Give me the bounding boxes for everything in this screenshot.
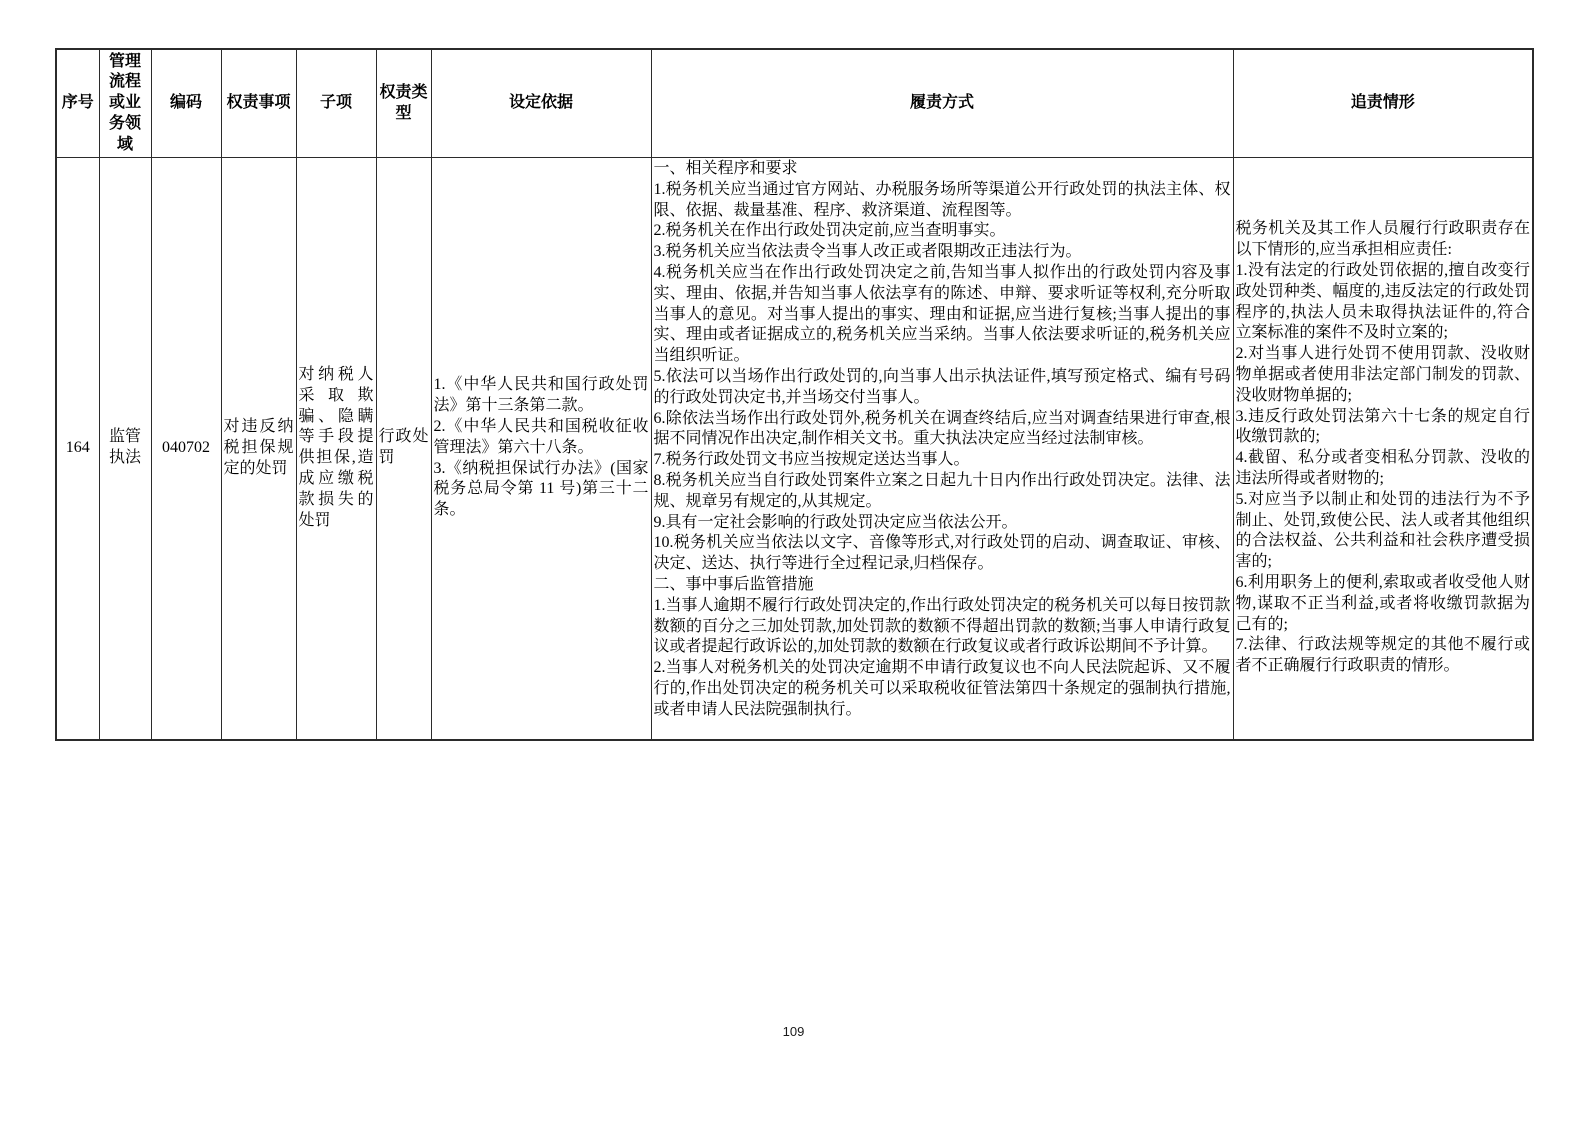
- cell-accountability-situations: 税务机关及其工作人员履行行政职责存在以下情形的,应当承担相应责任:1.没有法定的…: [1233, 158, 1533, 740]
- paragraph: 2.对当事人进行处罚不使用罚款、没收财物单据或者使用非法定部门制发的罚款、没收财…: [1236, 344, 1531, 406]
- paragraph: 3.税务机关应当依法责令当事人改正或者限期改正违法行为。: [654, 242, 1231, 263]
- paragraph: 4.截留、私分或者变相私分罚款、没收的违法所得或者财物的;: [1236, 448, 1531, 490]
- paragraph: 5.对应当予以制止和处罚的违法行为不予制止、处罚,致使公民、法人或者其他组织的合…: [1236, 490, 1531, 573]
- paragraph: 4.税务机关应当在作出行政处罚决定之前,告知当事人拟作出的行政处罚内容及事实、理…: [654, 263, 1231, 367]
- cell-sub-item: 对纳税人采取欺骗、隐瞒等手段提供担保,造成应缴税款损失的处罚: [296, 158, 376, 740]
- paragraph: 1.税务机关应当通过官方网站、办税服务场所等渠道公开行政处罚的执法主体、权限、依…: [654, 180, 1231, 222]
- paragraph: 1.没有法定的行政处罚依据的,擅自改变行政处罚种类、幅度的,违反法定的行政处罚程…: [1236, 261, 1531, 344]
- col-header-domain: 管理流程或业务领域: [99, 49, 151, 158]
- paragraph: 7.法律、行政法规等规定的其他不履行或者不正确履行行政职责的情形。: [1236, 635, 1531, 677]
- paragraph: 2.当事人对税务机关的处罚决定逾期不申请行政复议也不向人民法院起诉、又不履行的,…: [654, 658, 1231, 720]
- header-row: 序号 管理流程或业务领域 编码 权责事项 子项 权责类型 设定依据 履责方式 追…: [56, 49, 1533, 158]
- col-header-basis: 设定依据: [431, 49, 651, 158]
- paragraph: 6.利用职务上的便利,索取或者收受他人财物,谋取不正当利益,或者将收缴罚款据为己…: [1236, 573, 1531, 635]
- paragraph: 6.除依法当场作出行政处罚外,税务机关在调查终结后,应当对调查结果进行审查,根据…: [654, 409, 1231, 451]
- paragraph: 9.具有一定社会影响的行政处罚决定应当依法公开。: [654, 513, 1231, 534]
- paragraph: 10.税务机关应当依法以文字、音像等形式,对行政处罚的启动、调查取证、审核、决定…: [654, 533, 1231, 575]
- paragraph: 5.依法可以当场作出行政处罚的,向当事人出示执法证件,填写预定格式、编有号码的行…: [654, 367, 1231, 409]
- document-page: 序号 管理流程或业务领域 编码 权责事项 子项 权责类型 设定依据 履责方式 追…: [0, 0, 1587, 1122]
- paragraph: 2.《中华人民共和国税收征收管理法》第六十八条。: [434, 417, 649, 459]
- cell-setting-basis: 1.《中华人民共和国行政处罚法》第十三条第二款。2.《中华人民共和国税收征收管理…: [431, 158, 651, 740]
- col-header-matter: 权责事项: [221, 49, 296, 158]
- cell-serial-number: 164: [56, 158, 99, 740]
- cell-code: 040702: [151, 158, 221, 740]
- cell-performance-method: 一、相关程序和要求1.税务机关应当通过官方网站、办税服务场所等渠道公开行政处罚的…: [651, 158, 1233, 740]
- paragraph: 二、事中事后监管措施: [654, 575, 1231, 596]
- col-header-serial: 序号: [56, 49, 99, 158]
- cell-business-domain: 监管执法: [99, 158, 151, 740]
- cell-type: 行政处罚: [376, 158, 431, 740]
- paragraph: 3.违反行政处罚法第六十七条的规定自行收缴罚款的;: [1236, 407, 1531, 449]
- col-header-accountability: 追责情形: [1233, 49, 1533, 158]
- col-header-sub-item: 子项: [296, 49, 376, 158]
- cell-matter: 对违反纳税担保规定的处罚: [221, 158, 296, 740]
- col-header-performance: 履责方式: [651, 49, 1233, 158]
- col-header-code: 编码: [151, 49, 221, 158]
- paragraph: 3.《纳税担保试行办法》(国家税务总局令第 11 号)第三十二条。: [434, 459, 649, 521]
- responsibility-table: 序号 管理流程或业务领域 编码 权责事项 子项 权责类型 设定依据 履责方式 追…: [55, 48, 1534, 741]
- paragraph: 税务机关及其工作人员履行行政职责存在以下情形的,应当承担相应责任:: [1236, 219, 1531, 261]
- paragraph: 2.税务机关在作出行政处罚决定前,应当查明事实。: [654, 221, 1231, 242]
- table-row: 164 监管执法 040702 对违反纳税担保规定的处罚 对纳税人采取欺骗、隐瞒…: [56, 158, 1533, 740]
- col-header-type: 权责类型: [376, 49, 431, 158]
- paragraph: 一、相关程序和要求: [654, 159, 1231, 180]
- paragraph: 1.当事人逾期不履行行政处罚决定的,作出行政处罚决定的税务机关可以每日按罚款数额…: [654, 596, 1231, 658]
- page-number: 109: [0, 1024, 1587, 1039]
- paragraph: 1.《中华人民共和国行政处罚法》第十三条第二款。: [434, 375, 649, 417]
- paragraph: 8.税务机关应当自行政处罚案件立案之日起九十日内作出行政处罚决定。法律、法规、规…: [654, 471, 1231, 513]
- paragraph: 7.税务行政处罚文书应当按规定送达当事人。: [654, 450, 1231, 471]
